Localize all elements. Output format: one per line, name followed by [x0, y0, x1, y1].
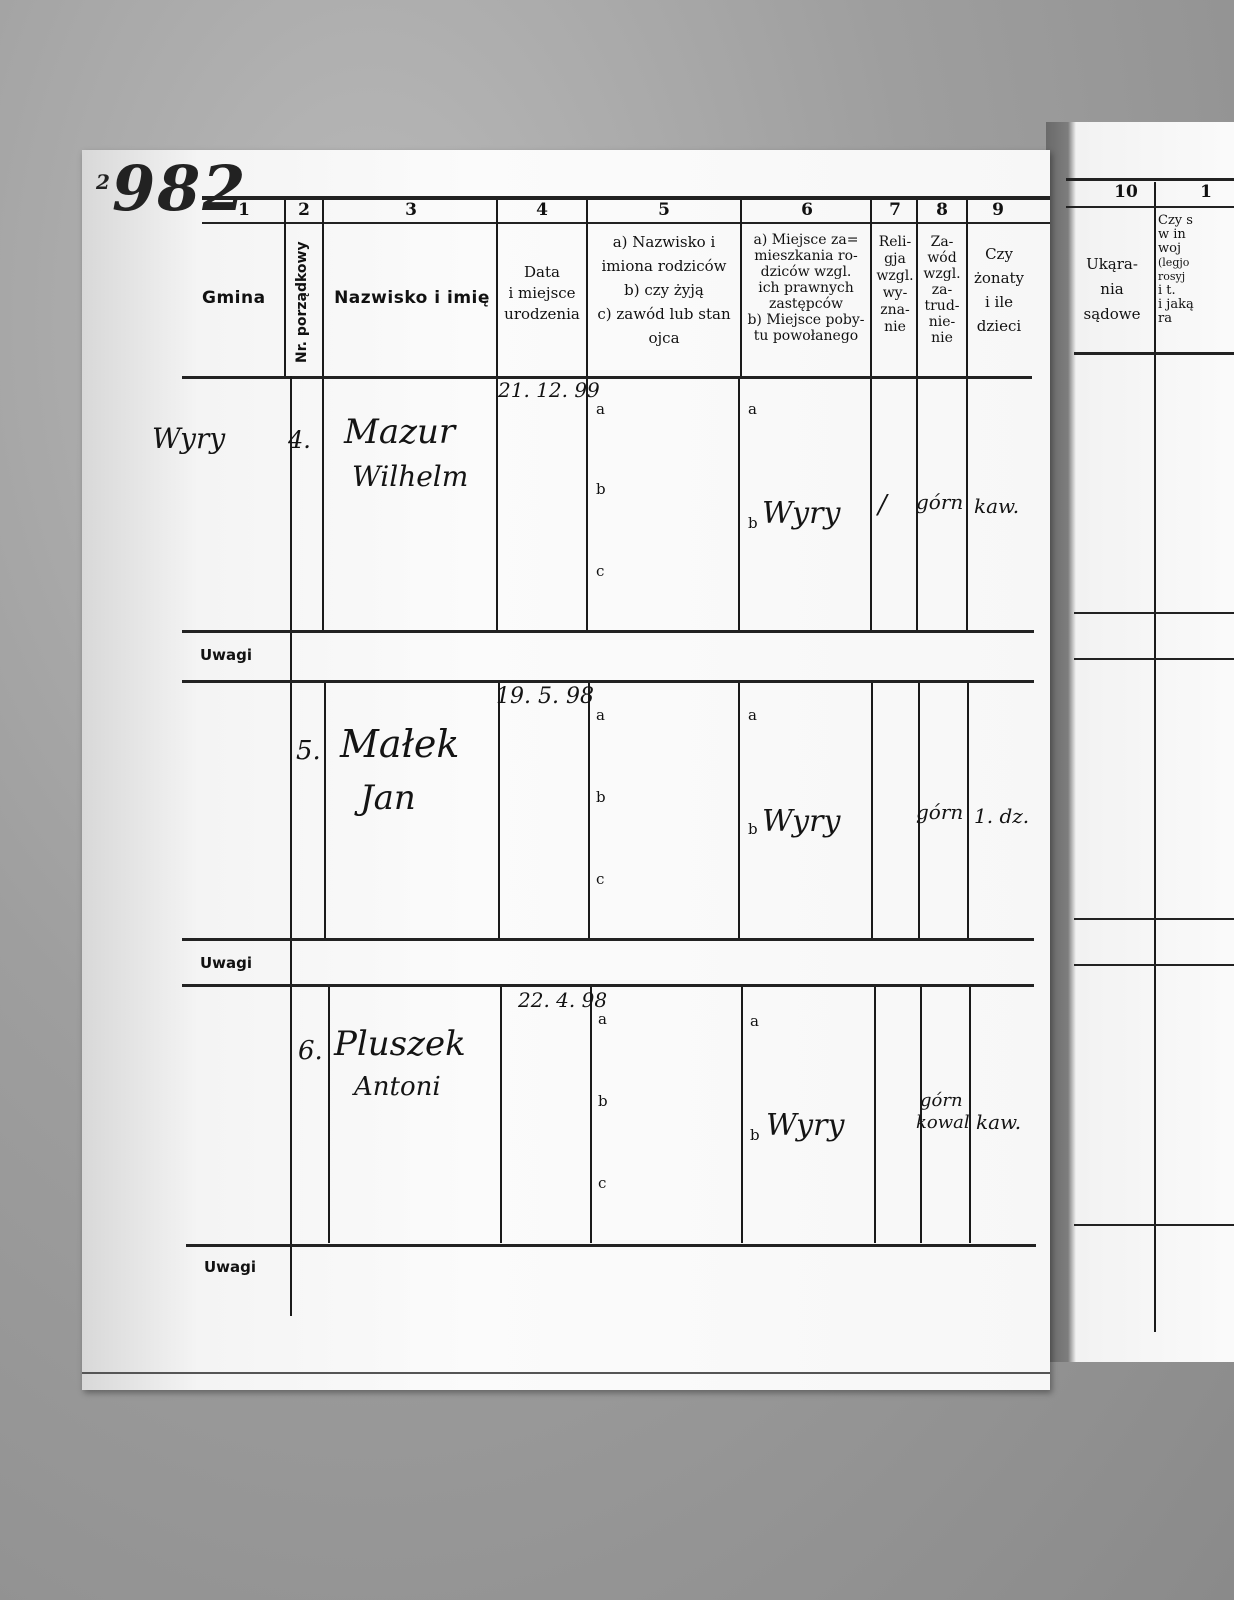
header-line: tu powołanego [740, 328, 872, 344]
header-line: dzieci [968, 314, 1030, 338]
column-number-5: 5 [588, 200, 740, 220]
header-line: ra [1158, 312, 1234, 326]
adjacent-page: 10 1 Ukąra- nia sądowe Czy s w in woj (l… [1046, 122, 1234, 1362]
residence-subfield-a: a [748, 400, 757, 418]
subfield-c: c [598, 1174, 606, 1192]
column-header-religion: Reli- gja wzgl. wy- zna- nie [872, 234, 918, 336]
header-line: Ukąra- [1070, 252, 1154, 277]
header-line: zastępców [740, 296, 872, 312]
header-line: imiona rodziców [586, 254, 742, 278]
column-number-6: 6 [742, 200, 872, 220]
register-page: 2 982 1 2 3 4 5 6 7 8 9 Gmina Nr. porząd… [82, 150, 1050, 1390]
surname: Małek [340, 722, 459, 766]
subfield-c: c [596, 562, 604, 580]
remarks-label: Uwagi [200, 646, 252, 664]
birth-date: 22. 4. 98 [518, 988, 607, 1012]
header-line: nia [1070, 277, 1154, 302]
occupation-value-line2: kowal [916, 1112, 970, 1133]
subfield-b: b [596, 788, 606, 806]
occupation-value: górn [916, 490, 963, 514]
row-rule [186, 1244, 1036, 1247]
rule [1074, 964, 1234, 966]
column-divider [586, 379, 588, 631]
rule [1066, 178, 1234, 181]
column-divider [284, 200, 286, 376]
birth-date: 19. 5. 98 [496, 684, 594, 709]
column-number-11: 1 [1186, 182, 1226, 202]
marital-value: kaw. [976, 1110, 1021, 1134]
row-number: 4. [288, 426, 311, 454]
header-line: b) Miejsce poby- [740, 312, 872, 328]
header-line: mieszkania ro- [740, 248, 872, 264]
header-line: trud- [918, 298, 966, 314]
header-line: c) zawód lub stan [586, 302, 742, 326]
column-divider [916, 200, 918, 376]
column-divider [590, 987, 592, 1243]
column-header-10: Ukąra- nia sądowe [1070, 252, 1154, 327]
marital-value: 1. dz. [974, 804, 1029, 828]
column-number-3: 3 [324, 200, 498, 220]
column-header-nr: Nr. porządkowy [294, 234, 310, 370]
header-line: i ile [968, 290, 1030, 314]
header-line: ojca [586, 326, 742, 350]
header-line: Czy [968, 242, 1030, 266]
page-bottom-edge [82, 1372, 1050, 1374]
given-name: Antoni [354, 1072, 441, 1102]
occupation-value: górn [920, 1090, 963, 1111]
header-line: żonaty [968, 266, 1030, 290]
column-header-11: Czy s w in woj (legjo rosyj i t. i jaką … [1158, 214, 1234, 326]
column-number-4: 4 [498, 200, 586, 220]
header-line: urodzenia [496, 304, 588, 325]
column-divider [324, 683, 326, 939]
column-number-1: 1 [202, 200, 286, 220]
gmina-value: Wyry [152, 422, 225, 455]
row-rule [182, 630, 1034, 633]
header-line: ich prawnych [740, 280, 872, 296]
header-line: wzgl. [918, 266, 966, 282]
remarks-label: Uwagi [200, 954, 252, 972]
column-header-gmina: Gmina [202, 288, 266, 308]
column-header-name: Nazwisko i imię [326, 288, 498, 308]
surname: Pluszek [334, 1024, 466, 1064]
surname: Mazur [344, 412, 455, 452]
row-rule [182, 680, 1034, 683]
column-divider [322, 379, 324, 631]
column-divider [496, 200, 498, 376]
subfield-a: a [596, 706, 605, 724]
row-rule [182, 938, 1034, 941]
header-line: i jaką [1158, 298, 1234, 312]
header-line: i miejsce [496, 283, 588, 304]
column-number-8: 8 [918, 200, 966, 220]
rule [1074, 918, 1234, 920]
column-divider [328, 987, 330, 1243]
sheet-number-prefix: 2 [96, 170, 110, 194]
header-line: Za- [918, 234, 966, 250]
header-line: zna- [872, 302, 918, 319]
column-divider [740, 200, 742, 376]
header-line: b) czy żyją [586, 278, 742, 302]
rule [1074, 612, 1234, 614]
row-number: 5. [296, 736, 321, 766]
residence-subfield-a: a [750, 1012, 759, 1030]
column-divider [966, 379, 968, 631]
column-divider [874, 987, 876, 1243]
header-bottom-rule [182, 376, 1032, 379]
birth-date: 21. 12. 99 [498, 378, 600, 402]
given-name: Jan [360, 778, 416, 818]
column-number-rule [202, 222, 1050, 224]
marital-value: kaw. [974, 494, 1019, 518]
remarks-divider [290, 376, 292, 1316]
rule [1074, 352, 1234, 355]
header-line: nie [872, 319, 918, 336]
column-divider [588, 683, 590, 939]
column-header-marital: Czy żonaty i ile dzieci [968, 242, 1030, 338]
header-line: w in [1158, 228, 1234, 242]
column-header-parents: a) Nazwisko i imiona rodziców b) czy żyj… [586, 230, 742, 350]
residence-value: Wyry [762, 496, 840, 531]
header-line: a) Miejsce za= [740, 232, 872, 248]
header-line: a) Nazwisko i [586, 230, 742, 254]
column-number-9: 9 [968, 200, 1028, 220]
occupation-value: górn [916, 800, 963, 824]
subfield-b: b [598, 1092, 608, 1110]
header-line: Reli- [872, 234, 918, 251]
row-rule [182, 984, 1034, 987]
rule [1066, 206, 1234, 208]
column-divider [967, 683, 969, 939]
residence-subfield-b: b [748, 820, 758, 838]
subfield-a: a [596, 400, 605, 418]
header-line: Czy s [1158, 214, 1234, 228]
header-line: (legjo [1158, 256, 1234, 270]
residence-subfield-b: b [748, 514, 758, 532]
header-line: nie [918, 330, 966, 346]
header-line: gja [872, 251, 918, 268]
column-divider [498, 683, 500, 939]
column-divider [496, 379, 498, 631]
column-divider [586, 200, 588, 376]
column-divider [741, 987, 743, 1243]
residence-subfield-a: a [748, 706, 757, 724]
header-line: Data [496, 262, 588, 283]
header-line: rosyj [1158, 270, 1234, 284]
header-line: woj [1158, 242, 1234, 256]
subfield-c: c [596, 870, 604, 888]
header-line: wzgl. [872, 268, 918, 285]
column-divider [738, 379, 740, 631]
header-line: za- [918, 282, 966, 298]
column-header-occupation: Za- wód wzgl. za- trud- nie- nie [918, 234, 966, 346]
column-divider [738, 683, 740, 939]
remarks-label: Uwagi [204, 1258, 256, 1276]
row-number: 6. [298, 1036, 323, 1066]
residence-subfield-b: b [750, 1126, 760, 1144]
column-divider [870, 379, 872, 631]
column-header-residence: a) Miejsce za= mieszkania ro- dziców wzg… [740, 232, 872, 344]
religion-value: / [878, 490, 887, 520]
residence-value: Wyry [762, 804, 840, 839]
column-header-birth: Data i miejsce urodzenia [496, 262, 588, 325]
column-number-2: 2 [286, 200, 322, 220]
rule [1074, 1224, 1234, 1226]
residence-value: Wyry [766, 1108, 844, 1143]
column-divider [500, 987, 502, 1243]
rule [1074, 658, 1234, 660]
header-line: nie- [918, 314, 966, 330]
header-line: i t. [1158, 284, 1234, 298]
column-number-7: 7 [872, 200, 918, 220]
column-divider [966, 200, 968, 376]
column-divider [871, 683, 873, 939]
header-line: sądowe [1070, 302, 1154, 327]
column-divider [870, 200, 872, 376]
column-divider [322, 200, 324, 376]
header-line: dziców wzgl. [740, 264, 872, 280]
subfield-b: b [596, 480, 606, 498]
given-name: Wilhelm [352, 460, 468, 493]
subfield-a: a [598, 1010, 607, 1028]
header-line: wód [918, 250, 966, 266]
header-line: wy- [872, 285, 918, 302]
